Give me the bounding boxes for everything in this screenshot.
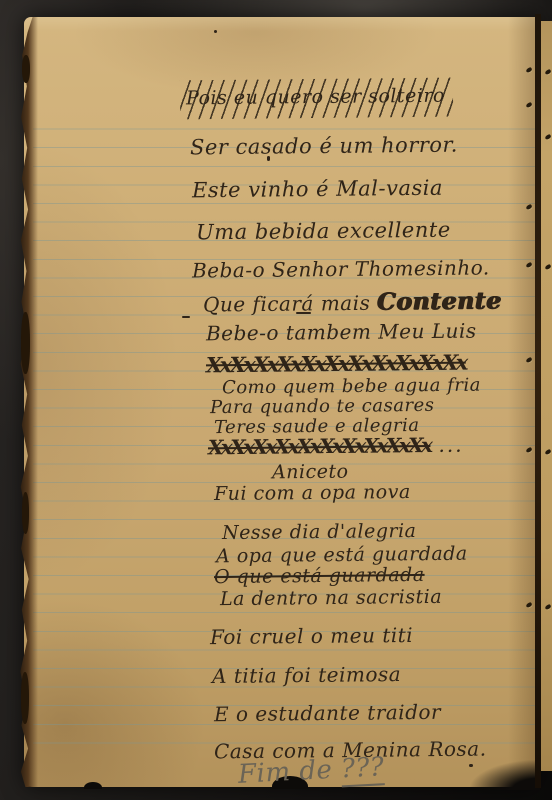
- ink-mark: [469, 764, 473, 767]
- manuscript-photo: Pois eu quero ser solteiroSer casado é u…: [0, 0, 552, 800]
- stitch-hole: [544, 264, 551, 270]
- stitch-hole: [525, 602, 532, 608]
- stitch-hole: [525, 102, 532, 108]
- stitch-hole: [544, 604, 551, 610]
- stitch-hole: [544, 134, 551, 140]
- stitch-hole: [544, 69, 551, 75]
- ink-mark: [296, 312, 311, 314]
- ink-mark: [267, 156, 270, 161]
- stitch-hole: [525, 262, 532, 268]
- stitch-hole: [525, 67, 532, 73]
- stitch-hole: [544, 449, 551, 455]
- detail-layer: [0, 0, 552, 800]
- ink-mark: [214, 30, 217, 33]
- ink-mark: [182, 316, 190, 318]
- stitch-hole: [525, 447, 532, 453]
- stitch-hole: [525, 357, 532, 363]
- stitch-hole: [525, 204, 532, 210]
